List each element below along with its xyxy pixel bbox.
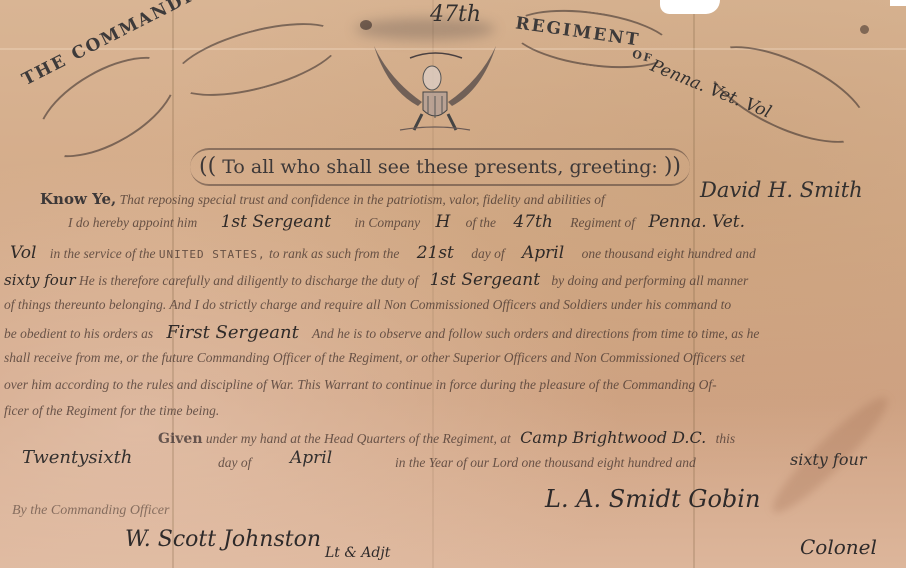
torn-edge [890, 0, 906, 6]
body-text: to rank as such from the [269, 246, 399, 261]
rank-day: 21st [403, 243, 468, 263]
appointee-name: David H. Smith [700, 178, 863, 202]
company: H [423, 212, 462, 232]
header-regiment-number: 47th [430, 2, 481, 27]
orders-rank: First Sergeant [157, 322, 309, 343]
regiment-state: Penna. Vet. [638, 212, 745, 232]
duty-rank: 1st Sergeant [422, 270, 548, 290]
united-states: UNITED STATES, [159, 248, 266, 261]
rank-year: sixty four [4, 271, 76, 289]
colonel-signature: L. A. Smidt Gobin [545, 485, 760, 513]
given-label: Given [158, 431, 203, 447]
ink-spot [860, 25, 869, 34]
torn-edge [660, 0, 720, 14]
body-text: of the [466, 215, 496, 230]
given-month: April [290, 448, 332, 468]
adjutant-title: Lt & Adjt [325, 545, 390, 561]
eagle-emblem-icon [370, 40, 500, 135]
body-line-2: I do hereby appoint him 1st Sergeant in … [68, 212, 745, 232]
body-line-6: be obedient to his orders as First Serge… [4, 322, 759, 343]
regiment-number: 47th [499, 212, 566, 232]
body-text: one thousand eight hundred and [582, 246, 756, 261]
by-commanding-officer: By the Commanding Officer [12, 503, 169, 519]
body-text: Regiment of [570, 215, 635, 230]
body-text: by doing and performing all manner [551, 273, 748, 288]
adjutant-signature: W. Scott Johnston [125, 527, 321, 552]
know-ye: Know Ye, [40, 190, 116, 208]
flourish [165, 8, 348, 110]
body-text: in the service of the [50, 246, 156, 261]
given-year: sixty four [790, 450, 866, 469]
body-text: I do hereby appoint him [68, 215, 197, 230]
body-line-7: shall receive from me, or the future Com… [4, 350, 745, 366]
body-text: this [716, 431, 736, 446]
body-text: He is therefore carefully and diligently… [79, 273, 418, 288]
body-text: That reposing special trust and confiden… [120, 192, 605, 207]
body-text: day of [471, 246, 504, 261]
given-location: Camp Brightwood D.C. [514, 428, 712, 447]
warrant-document: THE COMMANDING OFFICER OF THE 47th REGIM… [0, 0, 906, 568]
appointed-rank: 1st Sergeant [201, 212, 351, 232]
given-day-label: day of [218, 455, 251, 471]
body-text: in Company [354, 215, 420, 230]
body-line-4: sixty four He is therefore carefully and… [4, 270, 748, 290]
vol-text: Vol [10, 243, 46, 263]
greeting-banner: (( To all who shall see these presents, … [190, 148, 690, 186]
body-line-5: of things thereunto belonging. And I do … [4, 297, 731, 313]
given-line: Given under my hand at the Head Quarters… [158, 428, 735, 447]
body-text: be obedient to his orders as [4, 326, 153, 341]
given-day: Twentysixth [22, 447, 132, 468]
ink-spot [360, 20, 372, 30]
body-text: And he is to observe and follow such ord… [312, 326, 759, 341]
colonel-title: Colonel [800, 535, 877, 559]
rank-month: April [508, 243, 578, 263]
greeting-text: To all who shall see these presents, gre… [222, 156, 658, 178]
body-line-3: Vol in the service of the UNITED STATES,… [10, 243, 756, 263]
body-line-9: ficer of the Regiment for the time being… [4, 403, 219, 419]
body-text: under my hand at the Head Quarters of th… [206, 431, 511, 446]
body-line-8: over him according to the rules and disc… [4, 377, 717, 393]
given-year-line: in the Year of our Lord one thousand eig… [395, 455, 696, 471]
body-line-1: Know Ye, That reposing special trust and… [40, 190, 605, 208]
